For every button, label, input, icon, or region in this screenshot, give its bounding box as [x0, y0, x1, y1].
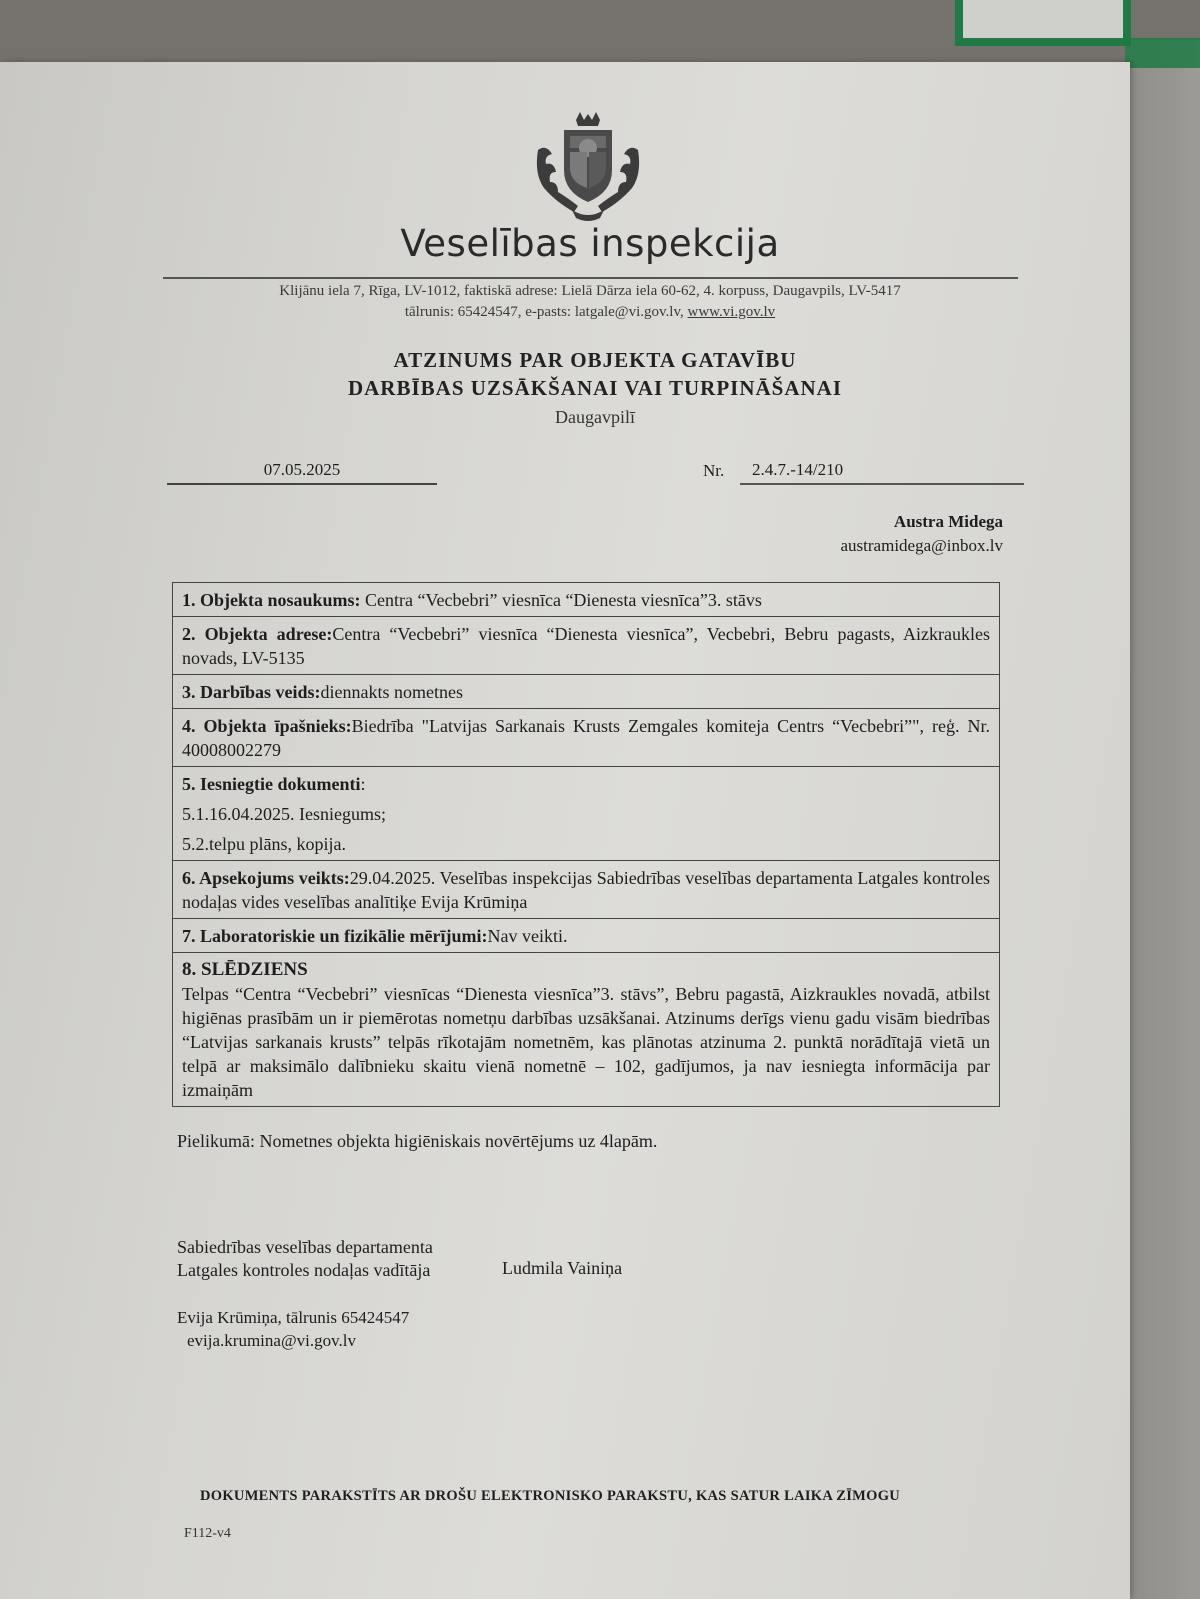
section-label: 1. Objekta nosaukums:	[182, 590, 361, 610]
recipient-email: austramidega@inbox.lv	[841, 534, 1003, 558]
agency-contacts: tālrunis: 65424547, e-pasts: latgale@vi.…	[160, 304, 1020, 321]
document-number: 2.4.7.-14/210	[740, 460, 1024, 485]
section-value: :	[361, 774, 366, 794]
section-submitted-documents: 5. Iesniegtie dokumenti: 5.1.16.04.2025.…	[173, 767, 999, 861]
agency-website-link[interactable]: www.vi.gov.lv	[688, 304, 776, 320]
recipient-block: Austra Midega austramidega@inbox.lv	[841, 510, 1003, 558]
section-value: Telpas “Centra “Vecbebri” viesnīcas “Die…	[182, 984, 990, 1100]
contact-block: Evija Krūmiņa, tālrunis 65424547 evija.k…	[177, 1306, 409, 1352]
section-lab-measurements: 7. Laboratoriskie un fizikālie mērījumi:…	[173, 919, 999, 953]
section-conclusion: 8. SLĒDZIENSTelpas “Centra “Vecbebri” vi…	[173, 953, 999, 1106]
agency-phone-email: tālrunis: 65424547, e-pasts: latgale@vi.…	[405, 304, 688, 320]
agency-name: Veselības inspekcija	[0, 222, 1180, 265]
document-number-label: Nr.	[703, 461, 724, 481]
background-surface	[1125, 40, 1200, 1599]
attachment-note: Pielikumā: Nometnes objekta higiēniskais…	[177, 1131, 657, 1152]
section-label: 3. Darbības veids:	[182, 682, 321, 702]
section-inspection: 6. Apsekojums veikts:29.04.2025. Veselīb…	[173, 861, 999, 919]
document-place: Daugavpilī	[0, 407, 1190, 428]
signer-name: Ludmila Vainiņa	[502, 1258, 622, 1279]
section-label: 6. Apsekojums veikts:	[182, 868, 350, 888]
latvia-coat-of-arms-icon	[528, 110, 648, 230]
section-object-name: 1. Objekta nosaukums: Centra “Vecbebri” …	[173, 583, 999, 617]
section-value: Centra “Vecbebri” viesnīca “Dienesta vie…	[361, 590, 762, 610]
signature-position-line1: Sabiedrības veselības departamenta	[177, 1236, 433, 1259]
submitted-document-item: 5.2.telpu plāns, kopija.	[182, 832, 990, 856]
section-value: Nav veikti.	[487, 926, 567, 946]
contact-email: evija.krumina@vi.gov.lv	[177, 1329, 409, 1352]
e-signature-notice: DOKUMENTS PARAKSTĪTS AR DROŠU ELEKTRONIS…	[200, 1488, 900, 1505]
agency-address: Klijānu iela 7, Rīga, LV-1012, faktiskā …	[160, 283, 1020, 300]
green-folder-edge	[1125, 38, 1200, 68]
contact-person: Evija Krūmiņa, tālrunis 65424547	[177, 1308, 409, 1327]
document-title-line1: ATZINUMS PAR OBJEKTA GATAVĪBU	[0, 348, 1190, 373]
section-label: 8. SLĒDZIENS	[182, 958, 990, 982]
header-divider	[163, 277, 1018, 279]
signature-position: Sabiedrības veselības departamenta Latga…	[177, 1236, 433, 1282]
section-label: 4. Objekta īpašnieks:	[182, 716, 352, 736]
green-folder	[955, 0, 1131, 46]
section-object-owner: 4. Objekta īpašnieks:Biedrība "Latvijas …	[173, 709, 999, 767]
section-label: 5. Iesniegtie dokumenti	[182, 774, 361, 794]
signature-position-line2: Latgales kontroles nodaļas vadītāja	[177, 1259, 433, 1282]
form-code: F112-v4	[184, 1526, 231, 1542]
document-title-line2: DARBĪBAS UZSĀKŠANAI VAI TURPINĀŠANAI	[0, 376, 1190, 401]
section-object-address: 2. Objekta adrese:Centra “Vecbebri” vies…	[173, 617, 999, 675]
section-label: 2. Objekta adrese:	[182, 624, 332, 644]
section-activity-type: 3. Darbības veids:diennakts nometnes	[173, 675, 999, 709]
document-date: 07.05.2025	[167, 460, 437, 485]
section-label: 7. Laboratoriskie un fizikālie mērījumi:	[182, 926, 487, 946]
section-value: diennakts nometnes	[321, 682, 463, 702]
recipient-name: Austra Midega	[841, 510, 1003, 534]
details-table: 1. Objekta nosaukums: Centra “Vecbebri” …	[172, 582, 1000, 1107]
submitted-document-item: 5.1.16.04.2025. Iesniegums;	[182, 802, 990, 826]
